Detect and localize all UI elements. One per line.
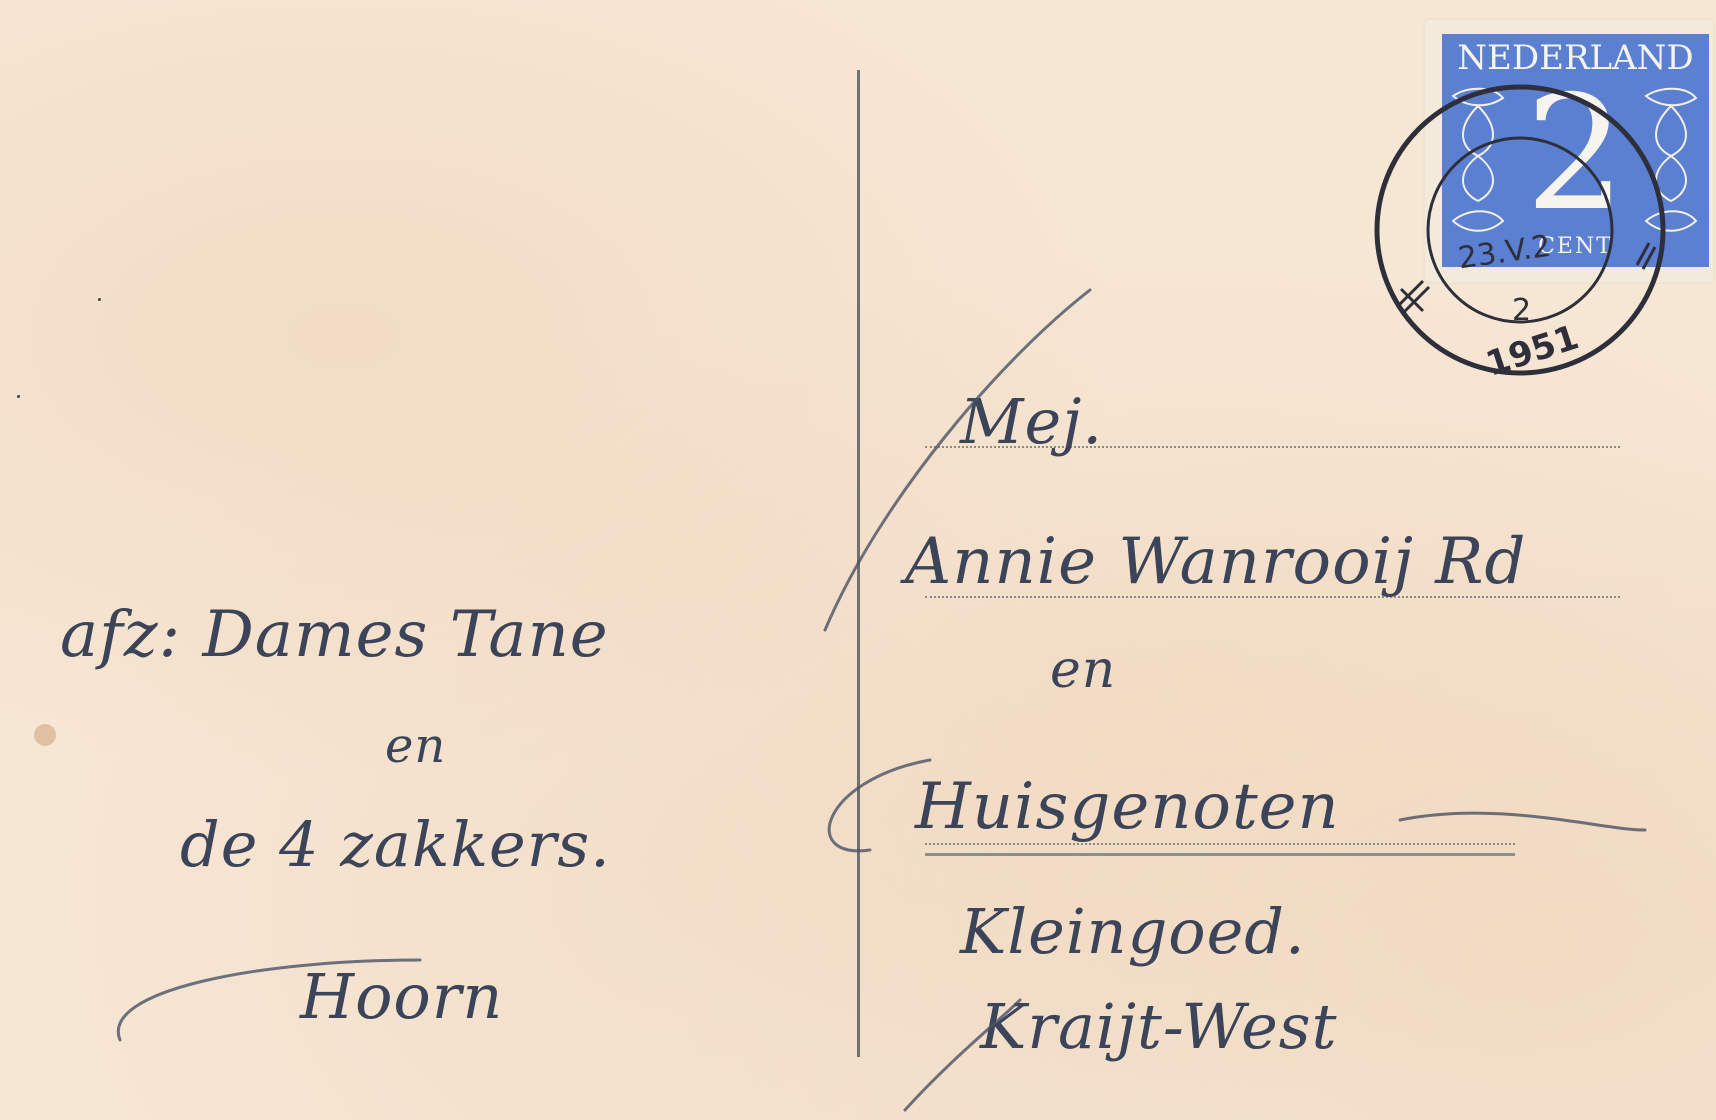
recipient-city: Kraijt-West [980, 990, 1338, 1063]
sender-line-2: en [385, 718, 446, 774]
sender-signature: Hoorn [300, 960, 503, 1033]
address-line-solid [925, 853, 1515, 856]
recipient-street: Kleingoed. [960, 895, 1306, 968]
recipient-line-en: en [1050, 640, 1116, 700]
postcard: NEDERLAND 2 CENT [0, 0, 1716, 1120]
center-divider-line [857, 70, 860, 1057]
sender-line-1: afz: Dames Tane [60, 598, 609, 672]
postmark-hour: 2 [1512, 293, 1531, 328]
recipient-household: Huisgenoten [915, 770, 1340, 844]
stamp-unit: CENT [1442, 234, 1709, 259]
paper-speck [98, 298, 101, 301]
paper-speck [17, 395, 20, 398]
stamp-value: 2 [1442, 74, 1709, 234]
paper-stain [34, 724, 56, 746]
recipient-name: Annie Wanrooij Rd [905, 525, 1526, 599]
postage-stamp: NEDERLAND 2 CENT [1425, 20, 1713, 282]
recipient-title: Mej. [960, 385, 1103, 458]
stamp-face: NEDERLAND 2 CENT [1442, 34, 1709, 267]
sender-line-3: de 4 zakkers. [180, 808, 611, 881]
postmark-year: 1951 [1481, 317, 1583, 384]
